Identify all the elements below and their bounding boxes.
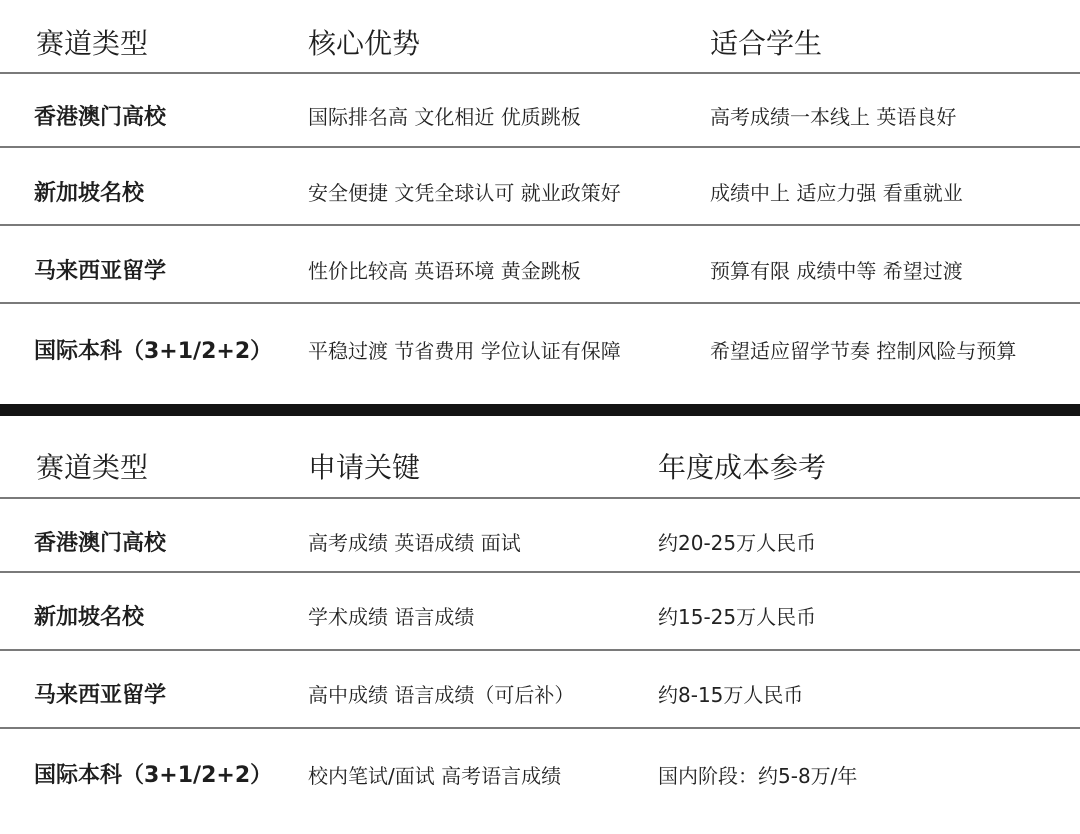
divider (0, 224, 1080, 226)
header-track-type: 赛道类型 (36, 446, 148, 486)
divider (0, 72, 1080, 74)
header-core-advantage: 核心优势 (308, 22, 420, 62)
suitable-text: 成绩中上 适应力强 看重就业 (710, 177, 963, 206)
divider (0, 649, 1080, 651)
divider (0, 727, 1080, 729)
advantage-text: 性价比较高 英语环境 黄金跳板 (308, 255, 581, 284)
comparison-table-costs: 赛道类型 申请关键 年度成本参考 香港澳门高校 高考成绩 英语成绩 面试 约20… (0, 416, 1080, 834)
track-name: 国际本科（3+1/2+2） (34, 758, 272, 789)
application-key-text: 高考成绩 英语成绩 面试 (308, 527, 521, 556)
header-track-type: 赛道类型 (36, 22, 148, 62)
application-key-text: 学术成绩 语言成绩 (308, 601, 474, 630)
track-name: 国际本科（3+1/2+2） (34, 334, 272, 365)
application-key-text: 高中成绩 语言成绩（可后补） (308, 679, 574, 708)
divider (0, 497, 1080, 499)
suitable-text: 希望适应留学节奏 控制风险与预算 (710, 335, 1016, 364)
track-name: 马来西亚留学 (34, 254, 166, 285)
advantage-text: 国际排名高 文化相近 优质跳板 (308, 101, 581, 130)
track-name: 香港澳门高校 (34, 526, 166, 557)
cost-text: 约20-25万人民币 (658, 527, 816, 556)
divider (0, 571, 1080, 573)
header-suitable-students: 适合学生 (710, 22, 822, 62)
suitable-text: 预算有限 成绩中等 希望过渡 (710, 255, 963, 284)
track-name: 香港澳门高校 (34, 100, 166, 131)
cost-text: 国内阶段：约5-8万/年 (658, 760, 857, 789)
comparison-table-advantages: 赛道类型 核心优势 适合学生 香港澳门高校 国际排名高 文化相近 优质跳板 高考… (0, 0, 1080, 404)
track-name: 新加坡名校 (34, 600, 144, 631)
divider (0, 146, 1080, 148)
application-key-text: 校内笔试/面试 高考语言成绩 (308, 760, 561, 789)
advantage-text: 平稳过渡 节省费用 学位认证有保障 (308, 335, 621, 364)
header-application-key: 申请关键 (308, 446, 420, 486)
advantage-text: 安全便捷 文凭全球认可 就业政策好 (308, 177, 621, 206)
track-name: 新加坡名校 (34, 176, 144, 207)
cost-text: 约8-15万人民币 (658, 679, 803, 708)
track-name: 马来西亚留学 (34, 678, 166, 709)
cost-text: 约15-25万人民币 (658, 601, 816, 630)
suitable-text: 高考成绩一本线上 英语良好 (710, 101, 956, 130)
section-separator-bar (0, 404, 1080, 416)
divider (0, 302, 1080, 304)
header-annual-cost: 年度成本参考 (658, 446, 826, 486)
